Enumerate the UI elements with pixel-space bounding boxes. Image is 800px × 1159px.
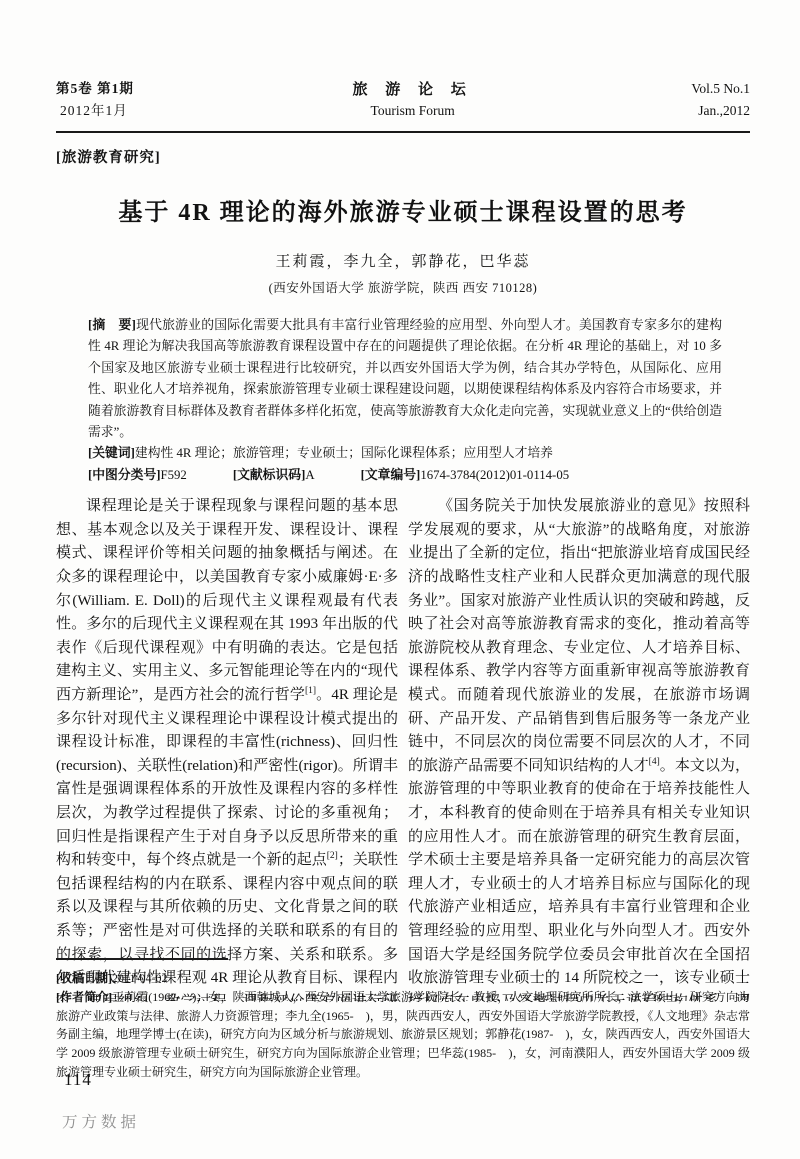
affiliation: (西安外国语大学 旅游学院，陕西 西安 710128) xyxy=(56,278,750,296)
abstract-text: 现代旅游业的国际化需要大批具有丰富行业管理经验的应用型、外向型人才。美国教育专家… xyxy=(88,318,722,439)
journal-page: 第5卷 第1期 2012年1月 旅 游 论 坛 Tourism Forum Vo… xyxy=(0,0,800,1159)
author-bio-text: 王莉霞(1962- )，女，陕西韩城人，西安外国语大学旅游学院院长、教授，人文地… xyxy=(56,990,750,1079)
right-column: 《国务院关于加快发展旅游业的意见》按照科学发展观的要求，从“大旅游”的战略角度，… xyxy=(408,495,750,1001)
received-date-label: [收稿日期] xyxy=(56,971,112,985)
citation-ref-2: [2] xyxy=(327,851,338,861)
received-date-value: 2011-04-02 xyxy=(112,971,168,985)
watermark: 万方数据 xyxy=(62,1110,140,1132)
doc-code-value: A xyxy=(305,468,314,482)
right-paragraph: 《国务院关于加快发展旅游业的意见》按照科学发展观的要求，从“大旅游”的战略角度，… xyxy=(408,495,750,1001)
article-id-pair: [文章编号]1674-3784(2012)01-0114-05 xyxy=(361,468,570,482)
right-seg0: 《国务院关于加快发展旅游业的意见》按照科学发展观的要求，从“大旅游”的战略角度，… xyxy=(408,498,750,774)
clc-label: [中图分类号] xyxy=(88,468,161,482)
header-left: 第5卷 第1期 2012年1月 xyxy=(56,78,134,122)
page-number: 114 xyxy=(64,1070,92,1090)
section-tag: [旅游教育研究] xyxy=(56,146,750,167)
body-columns: 课程理论是关于课程现象与课程问题的基本思想、基本观念以及关于课程开发、课程设计、… xyxy=(56,495,750,1001)
header-right: Vol.5 No.1 Jan.,2012 xyxy=(691,78,750,122)
journal-title-en: Tourism Forum xyxy=(352,103,472,119)
received-date-line: [收稿日期]2011-04-02 xyxy=(56,969,750,988)
volume-issue-cn: 第5卷 第1期 xyxy=(56,78,134,100)
clc-pair: [中图分类号]F592 xyxy=(88,468,187,482)
author-bio-line: [作者简介]王莉霞(1962- )，女，陕西韩城人，西安外国语大学旅游学院院长、… xyxy=(56,988,750,1082)
article-title: 基于 4R 理论的海外旅游专业硕士课程设置的思考 xyxy=(56,192,750,227)
author-bio-label: [作者简介] xyxy=(56,990,112,1004)
volume-issue-en: Vol.5 No.1 xyxy=(691,78,750,100)
left-seg0: 课程理论是关于课程现象与课程问题的基本思想、基本观念以及关于课程开发、课程设计、… xyxy=(56,498,398,703)
keywords-text: 建构性 4R 理论；旅游管理；专业硕士；国际化课程体系；应用型人才培养 xyxy=(135,446,553,460)
abstract-label: [摘 要] xyxy=(88,318,136,332)
journal-header: 第5卷 第1期 2012年1月 旅 游 论 坛 Tourism Forum Vo… xyxy=(56,78,750,133)
journal-title-cn: 旅 游 论 坛 xyxy=(352,78,472,99)
doc-code-pair: [文献标识码]A xyxy=(233,468,315,482)
footnote-area: [收稿日期]2011-04-02 [作者简介]王莉霞(1962- )，女，陕西韩… xyxy=(56,958,750,1082)
article-id-label: [文章编号] xyxy=(361,468,421,482)
doc-code-label: [文献标识码] xyxy=(233,468,306,482)
clc-value: F592 xyxy=(161,468,187,482)
date-cn: 2012年1月 xyxy=(56,100,134,122)
abstract: [摘 要]现代旅游业的国际化需要大批具有丰富行业管理经验的应用型、外向型人才。美… xyxy=(88,315,722,443)
article-meta: [摘 要]现代旅游业的国际化需要大批具有丰富行业管理经验的应用型、外向型人才。美… xyxy=(88,315,722,486)
date-en: Jan.,2012 xyxy=(691,100,750,122)
authors: 王莉霞，李九全，郭静花，巴华蕊 xyxy=(56,250,750,271)
citation-ref-4: [4] xyxy=(649,757,660,767)
left-paragraph: 课程理论是关于课程现象与课程问题的基本思想、基本观念以及关于课程开发、课程设计、… xyxy=(56,495,398,1001)
header-center: 旅 游 论 坛 Tourism Forum xyxy=(352,78,472,119)
left-seg1: 。4R 理论是多尔针对现代主义课程理论中课程设计模式提出的课程设计标准，即课程的… xyxy=(56,687,398,868)
left-column: 课程理论是关于课程现象与课程问题的基本思想、基本观念以及关于课程开发、课程设计、… xyxy=(56,495,398,1001)
article-id-value: 1674-3784(2012)01-0114-05 xyxy=(420,468,569,482)
citation-ref-1: [1] xyxy=(305,686,316,696)
keywords: [关键词]建构性 4R 理论；旅游管理；专业硕士；国际化课程体系；应用型人才培养 xyxy=(88,443,722,464)
footnote-separator xyxy=(56,958,228,960)
keywords-label: [关键词] xyxy=(88,446,135,460)
classification-line: [中图分类号]F592[文献标识码]A[文章编号]1674-3784(2012)… xyxy=(88,465,722,486)
